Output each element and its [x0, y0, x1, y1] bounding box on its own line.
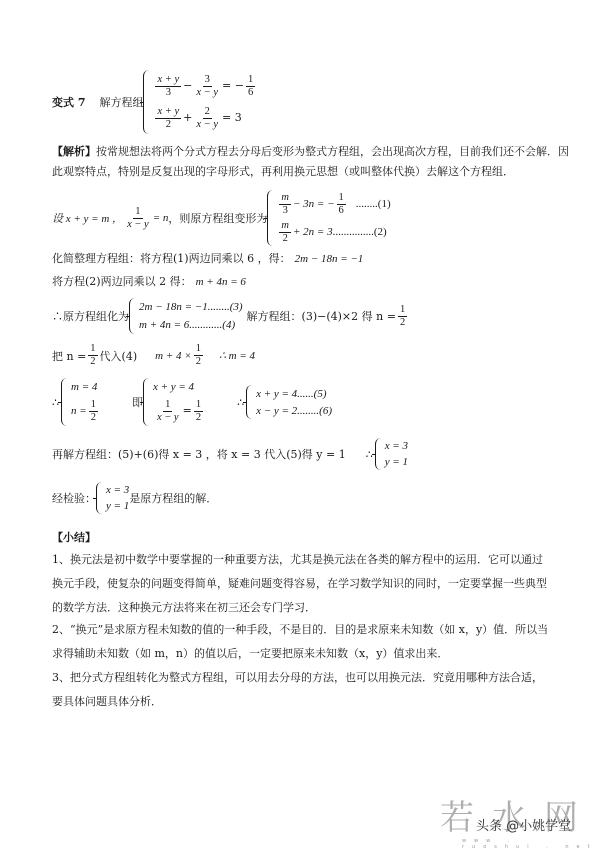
equation-system-mn: m3 − 3n = − 16 ........(1) m2 + 2n = 3 .…: [267, 190, 390, 246]
brace-icon: [143, 70, 150, 134]
brace-icon: [375, 438, 382, 470]
substitution-line: 设 x + y = m ， 1x − y = n ，则原方程组变形为 m3 − …: [52, 190, 391, 246]
brace-icon: [246, 385, 253, 419]
watermark-credit: 头条 @小姚学堂: [476, 815, 571, 834]
watermark-url: www . ruoshui . net: [462, 838, 600, 849]
variant-label: 变式 7: [52, 94, 85, 110]
variant-task: 解方程组: [99, 94, 143, 110]
summary-point-2: 2、“换元”是求原方程未知数的值的一种手段，不是目的．目的是求原来未知数（如 x…: [52, 618, 552, 666]
equation-system-xy-frac: x + y = 4 1x − y=12: [143, 378, 205, 426]
system-34-line: ∴原方程组化为 2m − 18n = −1........(3) m + 4n …: [52, 298, 409, 334]
summary-point-3: 3、把分式方程组转化为整式方程组，可以用去分母的方法，也可以用换元法．究竟用哪种…: [52, 666, 552, 714]
analysis-line-2: 此观察特点，特别是反复出现的字母形式，再利用换元思想（或叫整体代换）去解这个方程…: [52, 165, 514, 179]
variant-problem: 变式 7 解方程组 x + y3 − 3x − y = − 16 x + y2 …: [52, 70, 257, 134]
equation-system-xy-solution: x = 3 y = 1: [375, 438, 408, 470]
brace-icon: [143, 378, 150, 426]
simplify-line-1: 化简整理方程组：将方程(1)两边同乘以 6 ，得：2m − 18n = −1: [52, 252, 363, 266]
analysis-line-1: 【解析】按常规想法将两个分式方程去分母后变形为整式方程组，会出现高次方程，目前我…: [52, 145, 569, 159]
summary-title: 【小结】: [52, 531, 96, 545]
equation-system-check: x = 3 y = 1: [96, 482, 129, 514]
analysis-tag: 【解析】: [52, 145, 96, 158]
simplify-line-2: 将方程(2)两边同乘以 2 得：m + 4n = 6: [52, 275, 246, 289]
equation-system-mn-values: m = 4 n =12: [61, 378, 100, 426]
final-solve-line: 再解方程组：(5)+(6)得 x = 3 ，将 x = 3 代入(5)得 y =…: [52, 438, 408, 470]
equation-system-56: x + y = 4......(5) x − y = 2........(6): [246, 385, 332, 419]
results-line: ∴ m = 4 n =12 即 x + y = 4 1x − y=12 ∴ x …: [52, 378, 332, 426]
substitute-back-line: 把 n = 12 代入(4) m + 4 × 12 ∴ m = 4: [52, 343, 255, 368]
equation-system-34: 2m − 18n = −1........(3) m + 4n = 6.....…: [129, 298, 243, 334]
summary-point-1: 1、换元法是初中数学中要掌握的一种重要方法，尤其是换元法在各类的解方程中的运用．…: [52, 548, 552, 620]
check-line: 经检验： x = 3 y = 1 是原方程组的解．: [52, 482, 217, 514]
brace-icon: [61, 378, 68, 426]
brace-icon: [96, 482, 103, 514]
brace-icon: [129, 298, 136, 334]
equation-system-original: x + y3 − 3x − y = − 16 x + y2 + 2x − y =…: [143, 70, 257, 134]
brace-icon: [267, 190, 274, 246]
